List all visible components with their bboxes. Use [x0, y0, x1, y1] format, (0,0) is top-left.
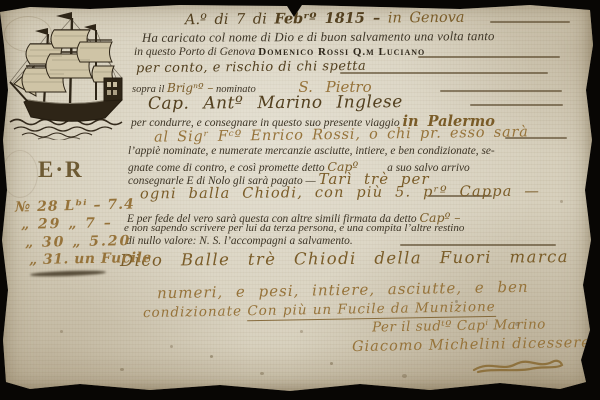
captain-line: Cap. Antº Marino Inglese — [148, 94, 403, 113]
faith-line-3: di nullo valore: N. S. l’accompagni a sa… — [126, 236, 353, 247]
freight-line-2: ogni balla Chiodi, con più 5. pʳº Cappa … — [140, 185, 540, 202]
cargo-detail-2-pre: condizionate — [143, 303, 248, 321]
cargo-summary-line: Dico Balle trè Chiodi della Fuori marca — [120, 249, 569, 269]
date-prefix: A.º di 7 di — [185, 11, 275, 28]
date-line: A.º di 7 di Febʳº 1815 – in Genova — [185, 11, 465, 28]
foxing-speck — [515, 322, 519, 326]
cargo-detail-line-1: numeri, e pesi, intiere, asciutte, e ben — [157, 280, 529, 301]
ruled-line — [490, 21, 570, 23]
signature-flourish-icon — [472, 356, 564, 374]
foxing-speck — [300, 330, 303, 333]
paper-sheet: A.º di 7 di Febʳº 1815 – in Genova Ha ca… — [0, 0, 600, 400]
foxing-speck — [402, 374, 407, 378]
signature-line-2: Giacomo Michelini dicessere — [352, 336, 591, 355]
sailing-ship-engraving-icon — [8, 8, 136, 140]
date-value: Febʳº 1815 – — [274, 10, 380, 28]
foxing-speck — [260, 372, 264, 375]
ruled-line — [440, 90, 562, 92]
merchant-initials: E·R — [38, 158, 84, 181]
foxing-speck — [120, 368, 124, 371]
foxing-speck — [170, 345, 173, 348]
ruled-line — [340, 72, 548, 74]
date-place: in Genova — [380, 10, 464, 27]
foxing-speck — [210, 355, 213, 358]
foxing-speck — [455, 300, 458, 303]
foxing-speck — [330, 362, 333, 365]
ink-smudge — [30, 270, 106, 278]
ruled-line — [418, 56, 560, 58]
margin-row: „ 29 „ 7 – — [21, 216, 113, 232]
account-line: per conto, e rischio di chi spetta — [136, 60, 366, 75]
margin-row: № 28 Lᵇⁱ – 7.4 — [15, 197, 135, 214]
foxing-speck — [560, 200, 563, 203]
margin-row: „ 31. un Fucile — [29, 251, 152, 267]
ruled-line — [400, 244, 556, 246]
foxing-speck — [480, 385, 486, 389]
signature-line-1: Per il sudᵗº Capⁱ Marino — [372, 318, 546, 335]
port-shipper-line: in questo Porto di Genova Domenico Rossi… — [134, 47, 425, 59]
shipper-name: Domenico Rossi Q.m Luciano — [258, 46, 425, 58]
ruled-line — [470, 104, 563, 106]
margin-row: „ 30 „ 5.20 — [25, 234, 132, 250]
goods-line-1: l’appiè nominate, e numerate mercanzie a… — [128, 146, 495, 157]
foxing-speck — [60, 330, 63, 333]
watermark-circle — [2, 150, 38, 198]
faith-line-2: e non sapendo scrivere per lui da terza … — [124, 223, 464, 234]
port-prefix: in questo Porto di Genova — [134, 46, 258, 58]
loaded-line: Ha caricato col nome di Dio e di buon sa… — [142, 30, 495, 45]
consignee-line: al Sigʳ Fᶜº Enrico Rossi, o chi pr. esso… — [154, 125, 529, 145]
document-photo: A.º di 7 di Febʳº 1815 – in Genova Ha ca… — [0, 0, 600, 400]
